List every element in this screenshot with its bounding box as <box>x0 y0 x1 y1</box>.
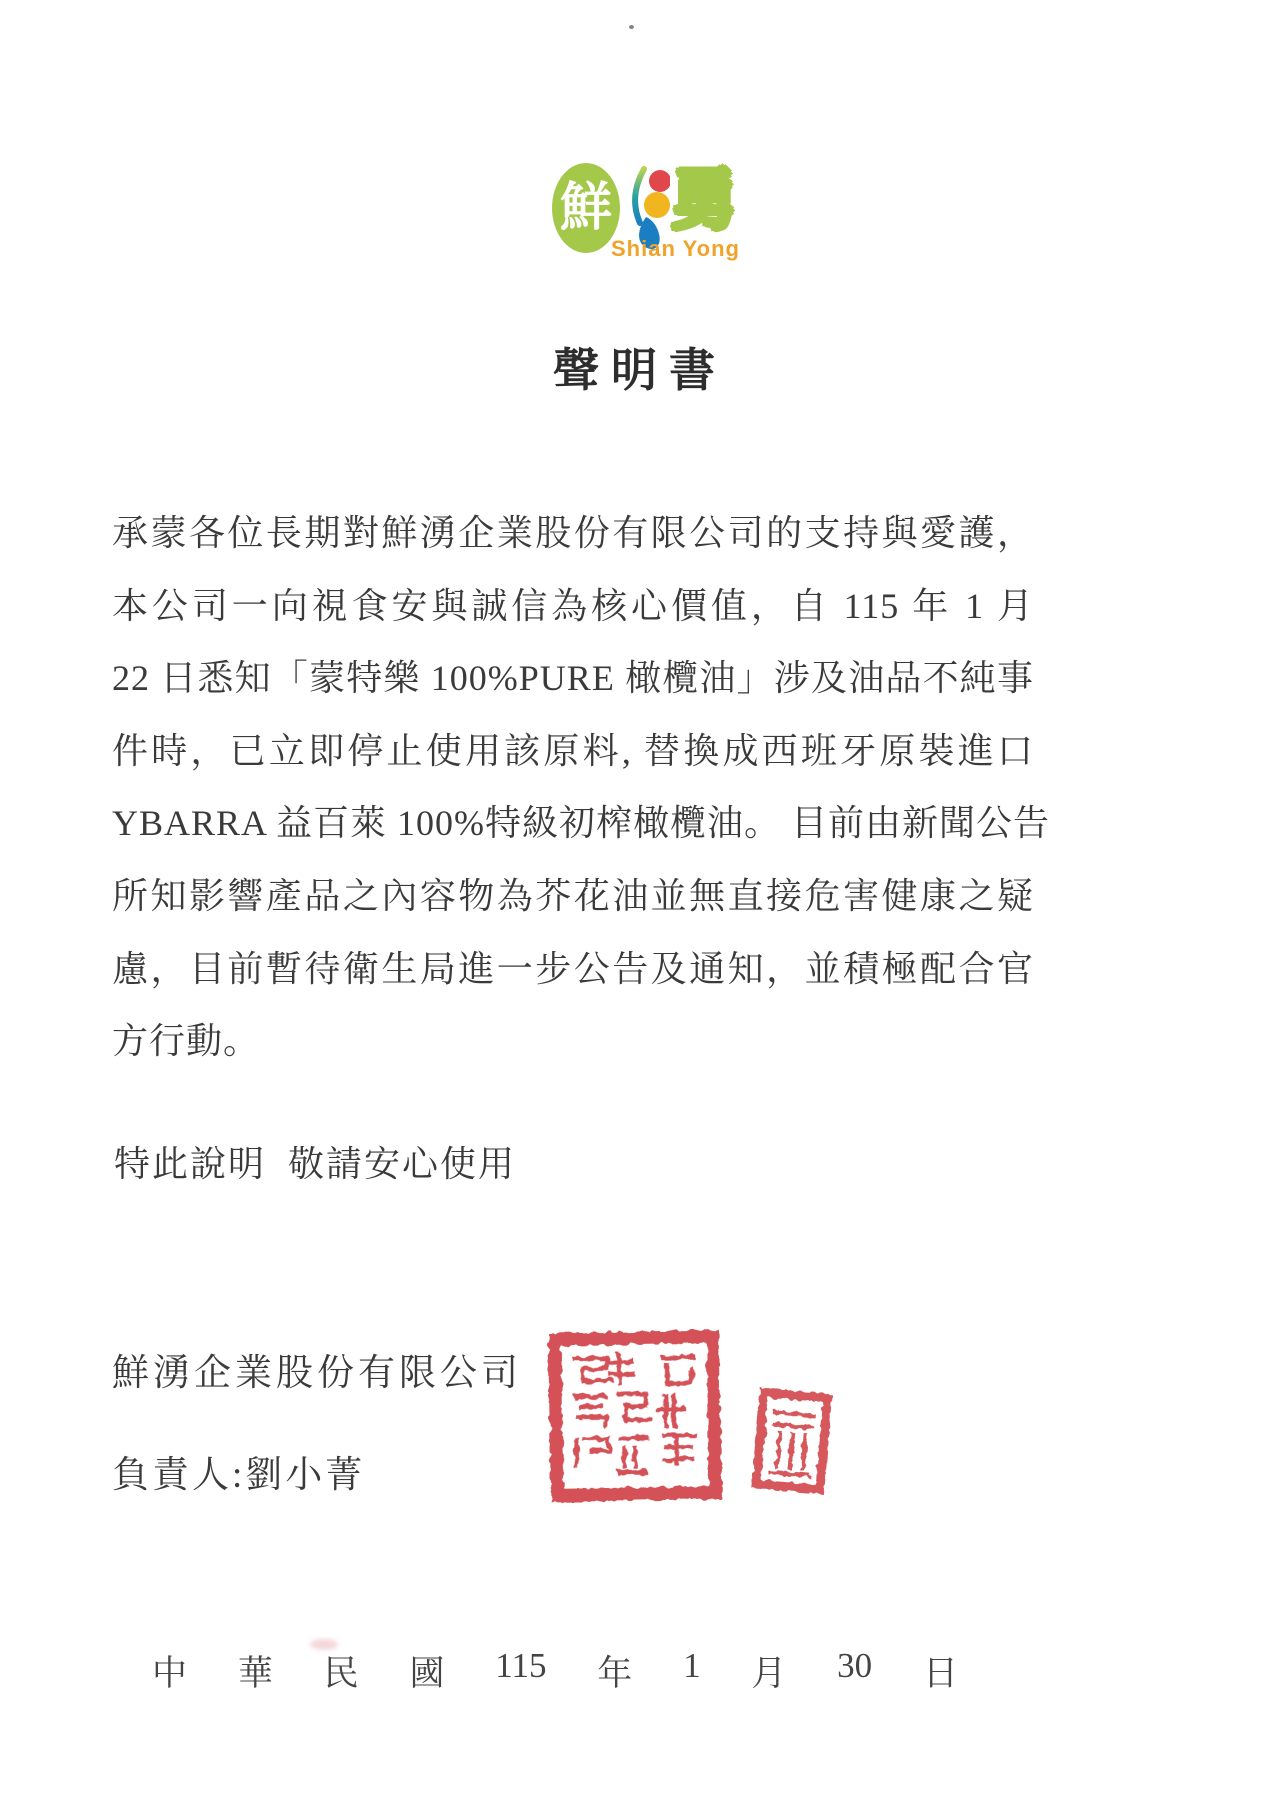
representative-name: 負責人:劉小菁 <box>112 1444 365 1498</box>
date-line: 中 華 民 國 115 年 1 月 30 日 <box>152 1646 958 1696</box>
company-seal-icon <box>547 1328 724 1503</box>
page-title: 聲明書 <box>0 334 1280 400</box>
body-line: 本公司一向視食安與誠信為核心價值，自 115 年 1 月 <box>112 570 1034 643</box>
date-token: 中 <box>152 1646 187 1696</box>
date-token: 1 <box>683 1646 701 1696</box>
body-line: 慮，目前暫待衛生局進一步公告及通知，並積極配合官 <box>112 933 1034 1006</box>
body-line: 承蒙各位長期對鮮湧企業股份有限公司的支持與愛護， <box>112 497 1034 570</box>
scanned-declaration-document: 鮮 勇 Shian Yong 聲明書 承蒙各位長期對鮮湧企業股份有限公司的支持與… <box>0 0 1280 1810</box>
company-name: 鮮湧企業股份有限公司 <box>112 1342 522 1396</box>
logo-green-circle: 鮮 <box>552 163 620 253</box>
body-line: 22 日悉知「蒙特樂 100%PURE 橄欖油」涉及油品不純事 <box>112 642 1034 715</box>
date-token: 國 <box>409 1646 444 1696</box>
logo-char-primary: 鮮 <box>560 182 612 234</box>
body-paragraph: 承蒙各位長期對鮮湧企業股份有限公司的支持與愛護， 本公司一向視食安與誠信為核心價… <box>112 497 1034 1078</box>
logo-romanized-text: Shian Yong <box>611 236 740 262</box>
date-token: 華 <box>238 1646 273 1696</box>
date-token: 日 <box>923 1646 958 1696</box>
date-token: 民 <box>324 1646 359 1696</box>
representative-seal-icon <box>751 1387 834 1495</box>
body-line: 方行動。 <box>112 1005 1034 1078</box>
logo-char-secondary: 勇 <box>672 168 736 232</box>
closing-statement: 特此說明 敬請安心使用 <box>114 1136 516 1187</box>
date-token: 月 <box>751 1646 786 1696</box>
company-logo: 鮮 勇 Shian Yong <box>545 150 735 265</box>
date-token: 30 <box>837 1646 872 1696</box>
date-token: 115 <box>495 1646 546 1696</box>
date-token: 年 <box>597 1646 632 1696</box>
body-line: 件時，已立即停止使用該原料, 替換成西班牙原裝進口 <box>112 715 1034 788</box>
scan-speck <box>629 25 634 29</box>
body-line: 所知影響產品之內容物為芥花油並無直接危害健康之疑 <box>112 860 1034 933</box>
body-line: YBARRA 益百萊 100%特級初榨橄欖油。 目前由新聞公告 <box>112 787 1034 860</box>
